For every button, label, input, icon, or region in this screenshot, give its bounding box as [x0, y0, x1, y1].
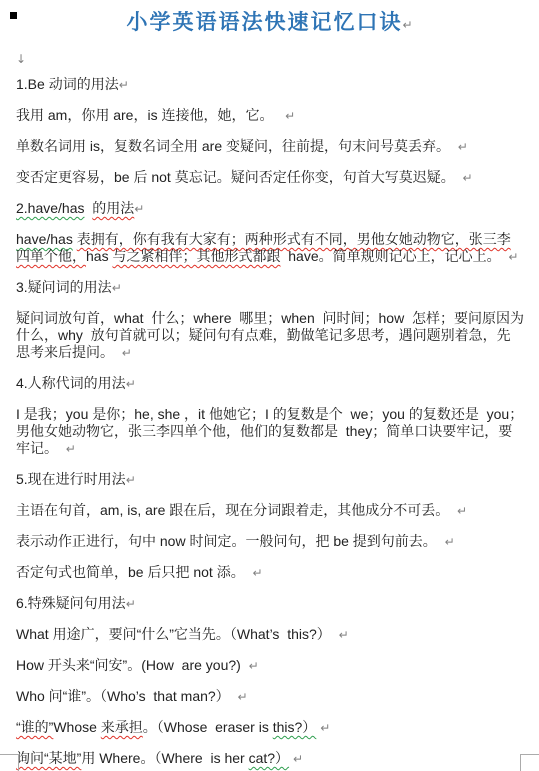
page-boundary-corner-left — [0, 754, 19, 771]
paragraph[interactable]: How 开头来“问安”。(How are you?) ↵ — [16, 657, 524, 675]
text-run: 变否定更容易，be 后 not 莫忘记。疑问否定任你变，句首大写莫迟疑。 — [16, 169, 462, 185]
paragraph[interactable]: 变否定更容易，be 后 not 莫忘记。疑问否定任你变，句首大写莫迟疑。 ↵ — [16, 169, 524, 187]
text-run: What 用途广，要问“什么”它当先。（What’s this?） — [16, 626, 339, 642]
text-run: 否定句式也简单，be 后只把 not 添。 — [16, 564, 252, 580]
section-heading-paragraph[interactable]: 4.人称代词的用法↵ — [16, 375, 524, 393]
paragraph-mark-icon: ↵ — [339, 628, 349, 642]
text-run: 5.现在进行时用法 — [16, 471, 126, 487]
grammar-flagged-text: this?） — [273, 719, 317, 735]
paragraph[interactable]: 否定句式也简单，be 后只把 not 添。 ↵ — [16, 564, 524, 582]
section-heading-paragraph[interactable]: 1.Be 动词的用法↵ — [16, 76, 524, 94]
linebreak-mark-icon: ↓ — [16, 52, 26, 66]
paragraph-mark-icon: ↵ — [126, 473, 136, 487]
text-run: 疑问词放句首，what 什么；where 哪里；when 问时间；how 怎样；… — [16, 310, 524, 360]
paragraph-mark-icon: ↵ — [293, 752, 303, 766]
text-run: How 开头来“问安”。(How are you?) — [16, 657, 249, 673]
spellcheck-flagged-text: 来承担 — [101, 719, 143, 735]
empty-paragraph[interactable]: ↓ — [16, 50, 524, 68]
section-heading-paragraph[interactable]: 2.have/has 的用法↵ — [16, 200, 524, 218]
text-run: have。简单规则记心上，记心上。 — [280, 248, 508, 264]
text-run: 主语在句首，am, is, are 跟在后，现在分词跟着走，其他成分不可丢。 — [16, 502, 457, 518]
paragraph[interactable]: 询问“某地”用 Where。（Where is her cat?） ↵ — [16, 750, 524, 768]
spellcheck-flagged-text: 的用法 — [92, 200, 134, 216]
text-run: I 是我；you 是你；he, she ，it 他她它；I 的复数是个 we；y… — [16, 406, 523, 456]
paragraph[interactable]: What 用途广，要问“什么”它当先。（What’s this?） ↵ — [16, 626, 524, 644]
text-run: Who 问“谁”。（Who’s that man?） — [16, 688, 237, 704]
section-heading-paragraph[interactable]: 6.特殊疑问句用法↵ — [16, 595, 524, 613]
paragraph[interactable]: 单数名词用 is，复数名词全用 are 变疑问，往前提，句末问号莫丢弃。 ↵ — [16, 138, 524, 156]
text-run: 3.疑问词的用法 — [16, 279, 112, 295]
text-run: 。（Whose eraser is — [143, 719, 273, 735]
paragraph-mark-icon: ↵ — [122, 346, 132, 360]
paragraph-mark-icon: ↵ — [458, 140, 468, 154]
paragraph-mark-icon: ↵ — [126, 377, 136, 391]
paragraph[interactable]: I 是我；you 是你；he, she ，it 他她它；I 的复数是个 we；y… — [16, 406, 524, 458]
paragraph-mark-icon: ↵ — [445, 535, 455, 549]
document-body[interactable]: ↓1.Be 动词的用法↵我用 am，你用 are，is 连接他，她，它。 ↵单数… — [0, 50, 539, 768]
paragraph[interactable]: 主语在句首，am, is, are 跟在后，现在分词跟着走，其他成分不可丢。 ↵ — [16, 502, 524, 520]
spellcheck-flagged-text: 询问“某地” — [16, 750, 81, 766]
text-run: 4.人称代词的用法 — [16, 375, 126, 391]
paragraph-mark-icon: ↵ — [285, 109, 295, 123]
paragraph-mark-icon: ↵ — [462, 171, 472, 185]
paragraph-mark-icon: ↵ — [402, 18, 412, 32]
text-run: 表示动作正进行，句中 now 时间定。一般问句，把 be 提到句前去。 — [16, 533, 445, 549]
section-heading-paragraph[interactable]: 3.疑问词的用法↵ — [16, 279, 524, 297]
paragraph[interactable]: 疑问词放句首，what 什么；where 哪里；when 问时间；how 怎样；… — [16, 310, 524, 362]
grammar-flagged-text: cat?） — [249, 750, 289, 766]
paragraph-mark-icon: ↵ — [112, 281, 122, 295]
paragraph-mark-icon: ↵ — [249, 659, 259, 673]
spellcheck-flagged-text: 与之紧相伴；其他形式都跟 — [112, 248, 280, 264]
paragraph[interactable]: Who 问“谁”。（Who’s that man?） ↵ — [16, 688, 524, 706]
document-page: 小学英语语法快速记忆口诀↵ ↓1.Be 动词的用法↵我用 am，你用 are，i… — [0, 0, 539, 771]
page-boundary-corner-right — [520, 754, 539, 771]
paragraph-mark-icon: ↵ — [119, 78, 129, 92]
text-run: has — [86, 248, 112, 264]
text-run: 单数名词用 is，复数名词全用 are 变疑问，往前提，句末问号莫丢弃。 — [16, 138, 458, 154]
paragraph-mark-icon: ↵ — [237, 690, 247, 704]
paragraph-mark-icon: ↵ — [320, 721, 330, 735]
spellcheck-flagged-text: “谁的” — [16, 719, 53, 735]
grammar-flagged-text: have/has — [16, 231, 73, 247]
paragraph-mark-icon: ↵ — [126, 597, 136, 611]
paragraph-mark-icon: ↵ — [457, 504, 467, 518]
section-heading-paragraph[interactable]: 5.现在进行时用法↵ — [16, 471, 524, 489]
paragraph[interactable]: 我用 am，你用 are，is 连接他，她，它。 ↵ — [16, 107, 524, 125]
text-run: Whose — [53, 719, 100, 735]
text-run: 1.Be 动词的用法 — [16, 76, 119, 92]
text-run: 我用 am，你用 are，is 连接他，她，它。 — [16, 107, 285, 123]
paragraph-mark-icon: ↵ — [252, 566, 262, 580]
black-square-bullet-icon — [10, 12, 17, 19]
paragraph-mark-icon: ↵ — [134, 202, 144, 216]
paragraph[interactable]: 表示动作正进行，句中 now 时间定。一般问句，把 be 提到句前去。 ↵ — [16, 533, 524, 551]
document-title[interactable]: 小学英语语法快速记忆口诀↵ — [0, 6, 539, 42]
text-run: 用 Where。（Where is her — [81, 750, 248, 766]
paragraph-mark-icon: ↵ — [508, 250, 518, 264]
paragraph[interactable]: “谁的”Whose 来承担。（Whose eraser is this?） ↵ — [16, 719, 524, 737]
document-title-text: 小学英语语法快速记忆口诀 — [126, 11, 402, 34]
grammar-flagged-text: 2.have/has — [16, 200, 85, 216]
paragraph-mark-icon: ↵ — [66, 442, 76, 456]
paragraph[interactable]: have/has 表拥有，你有我有大家有；两种形式有不同，男他女她动物它，张三李… — [16, 231, 524, 266]
text-run: 6.特殊疑问句用法 — [16, 595, 126, 611]
